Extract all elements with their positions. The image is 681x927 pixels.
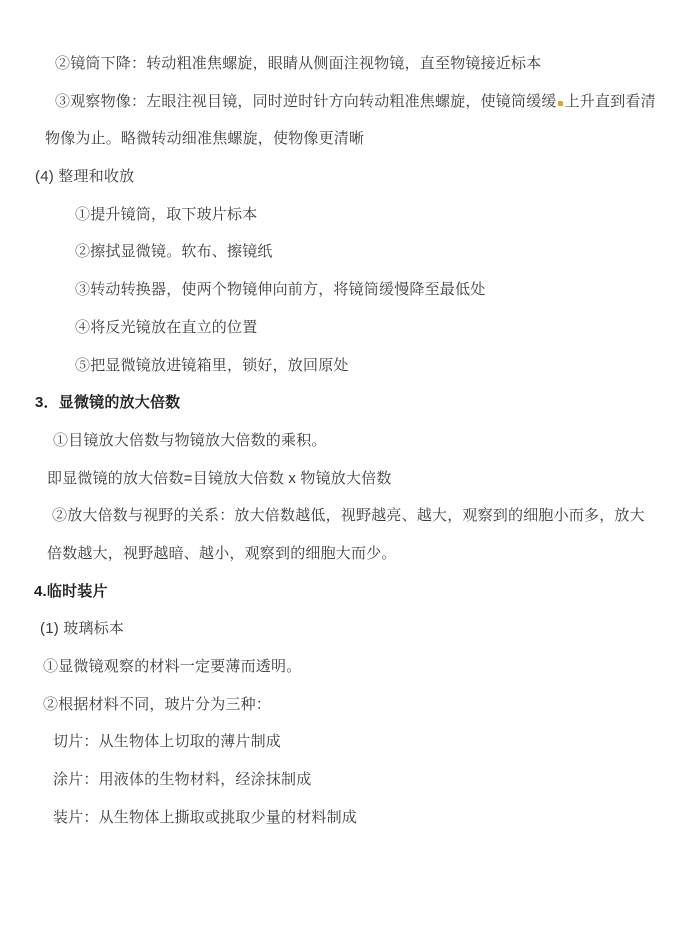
text-line: 倍数越大，视野越暗、越小，观察到的细胞大而少。 [0, 535, 681, 573]
text-line: ④将反光镜放在直立的位置 [0, 309, 681, 347]
text-line: ①提升镜筒，取下玻片标本 [0, 196, 681, 234]
text-line: (4) 整理和收放 [0, 158, 681, 196]
highlight-mark [558, 101, 563, 106]
text-line: (1) 玻璃标本 [0, 610, 681, 648]
text-line: ②根据材料不同，玻片分为三种： [0, 686, 681, 724]
text-line: ⑤把显微镜放进镜箱里，锁好，放回原处 [0, 347, 681, 385]
text-line: 装片：从生物体上撕取或挑取少量的材料制成 [0, 799, 681, 837]
text-line: ②擦拭显微镜。软布、擦镜纸 [0, 233, 681, 271]
text-segment: 上升直到看清 [565, 93, 656, 110]
document-page: ②镜筒下降：转动粗准焦螺旋，眼睛从侧面注视物镜，直至物镜接近标本③观察物像：左眼… [0, 0, 681, 927]
text-line: 物像为止。略微转动细准焦螺旋，使物像更清晰 [0, 120, 681, 158]
text-segment: ③观察物像：左眼注视目镜，同时逆时针方向转动粗准焦螺旋，使镜筒缓缓 [55, 93, 557, 110]
document-body: ②镜筒下降：转动粗准焦螺旋，眼睛从侧面注视物镜，直至物镜接近标本③观察物像：左眼… [0, 45, 681, 836]
text-line: ①目镜放大倍数与物镜放大倍数的乘积。 [0, 422, 681, 460]
text-line: ②放大倍数与视野的关系：放大倍数越低，视野越亮、越大，观察到的细胞小而多，放大 [0, 497, 681, 535]
text-line: ③观察物像：左眼注视目镜，同时逆时针方向转动粗准焦螺旋，使镜筒缓缓上升直到看清 [0, 83, 681, 121]
text-line: 涂片：用液体的生物材料，经涂抹制成 [0, 761, 681, 799]
text-line: ①显微镜观察的材料一定要薄而透明。 [0, 648, 681, 686]
text-line: 切片：从生物体上切取的薄片制成 [0, 723, 681, 761]
text-line: ②镜筒下降：转动粗准焦螺旋，眼睛从侧面注视物镜，直至物镜接近标本 [0, 45, 681, 83]
section-heading: 4.临时装片 [0, 573, 681, 611]
text-line: 即显微镜的放大倍数=目镜放大倍数 x 物镜放大倍数 [0, 460, 681, 498]
text-line: ③转动转换器，使两个物镜伸向前方，将镜筒缓慢降至最低处 [0, 271, 681, 309]
section-heading: 3．显微镜的放大倍数 [0, 384, 681, 422]
